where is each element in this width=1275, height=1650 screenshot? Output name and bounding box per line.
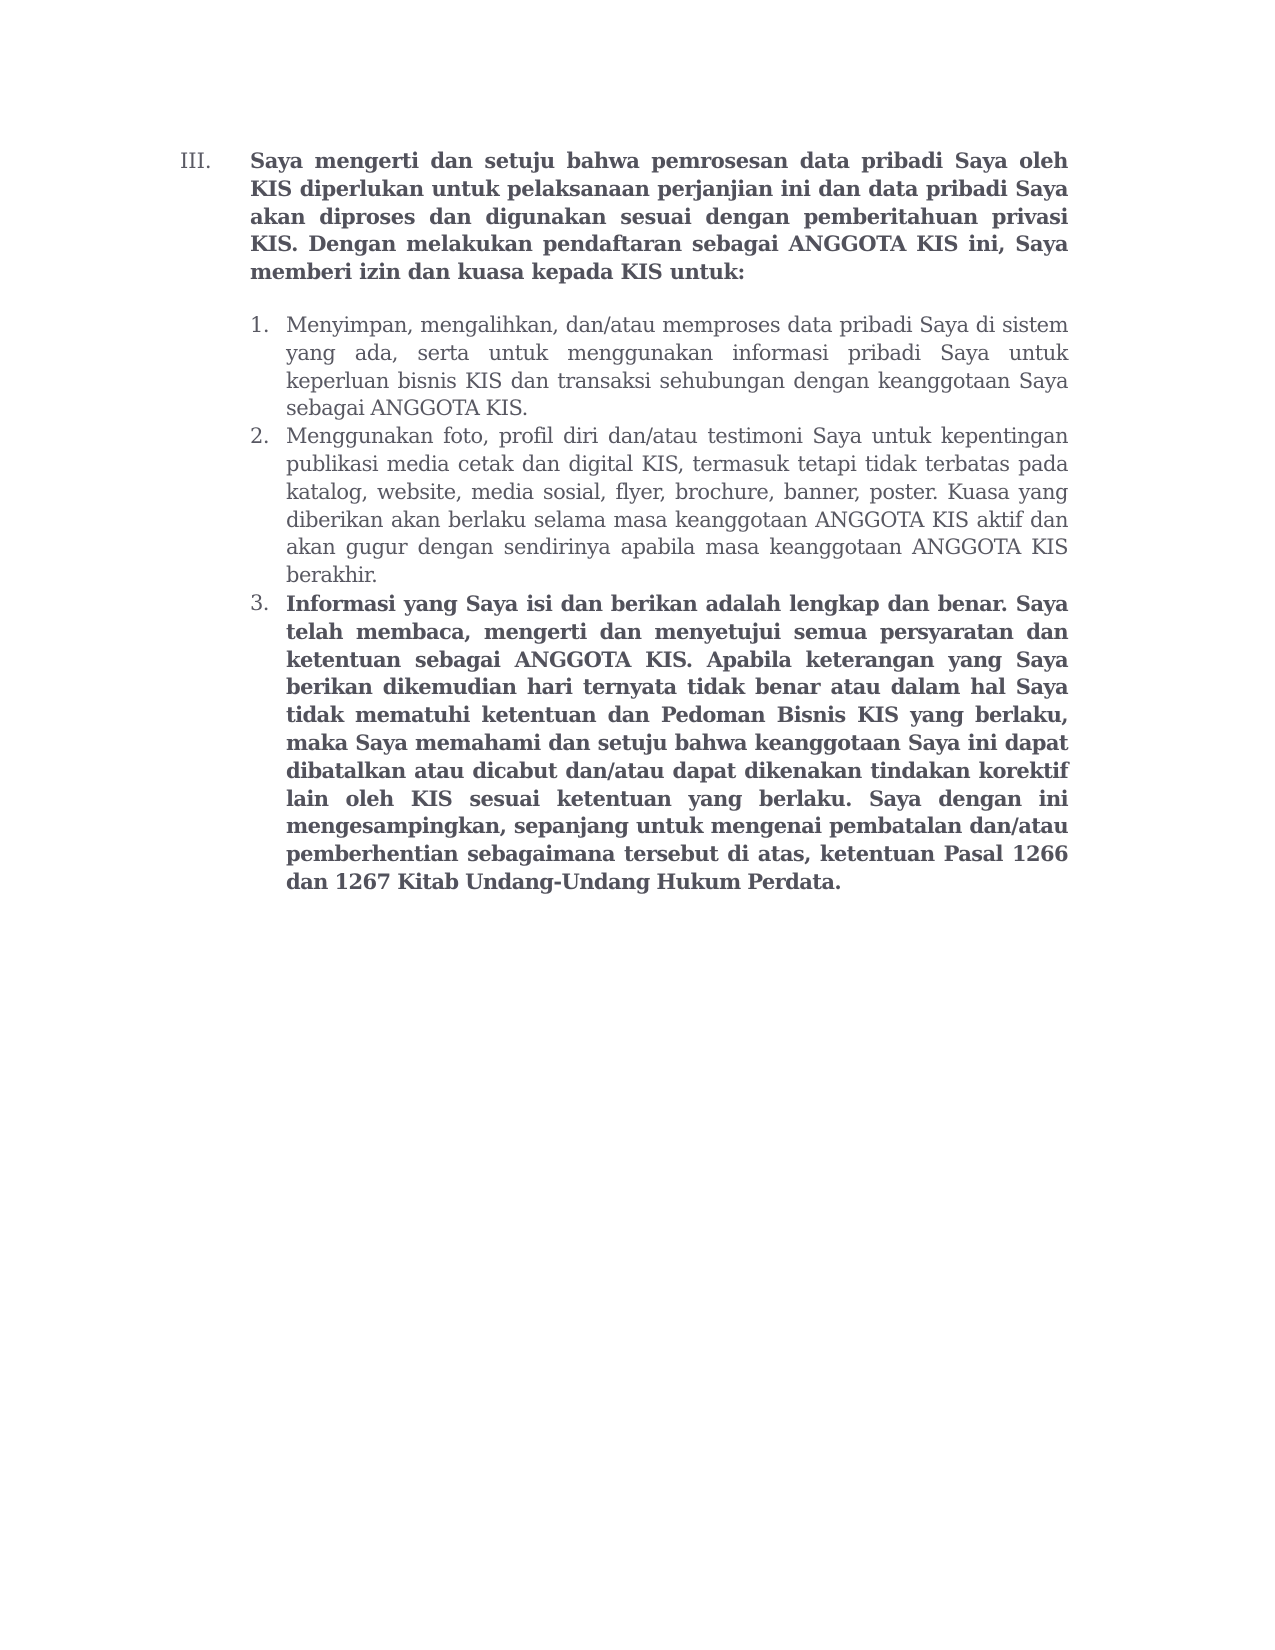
document-page: III. Saya mengerti dan setuju bahwa pemr… (0, 0, 1275, 1650)
list-item-number: 1. (250, 312, 269, 340)
list-item-text: Informasi yang Saya isi dan berikan adal… (286, 590, 1068, 896)
list-item: 3. Informasi yang Saya isi dan berikan a… (250, 590, 1068, 896)
section-intro-text: Saya mengerti dan setuju bahwa pemrosesa… (250, 147, 1068, 286)
list-item-number: 2. (250, 423, 269, 451)
section-iii: III. Saya mengerti dan setuju bahwa pemr… (180, 147, 1068, 286)
list-item: 2. Menggunakan foto, profil diri dan/ata… (250, 423, 1068, 590)
list-item-number: 3. (250, 590, 269, 618)
section-number: III. (180, 147, 212, 175)
consent-list: 1. Menyimpan, mengalihkan, dan/atau memp… (250, 312, 1068, 896)
list-item-text: Menyimpan, mengalihkan, dan/atau mempros… (286, 312, 1068, 423)
list-item: 1. Menyimpan, mengalihkan, dan/atau memp… (250, 312, 1068, 423)
list-item-text: Menggunakan foto, profil diri dan/atau t… (286, 423, 1068, 590)
